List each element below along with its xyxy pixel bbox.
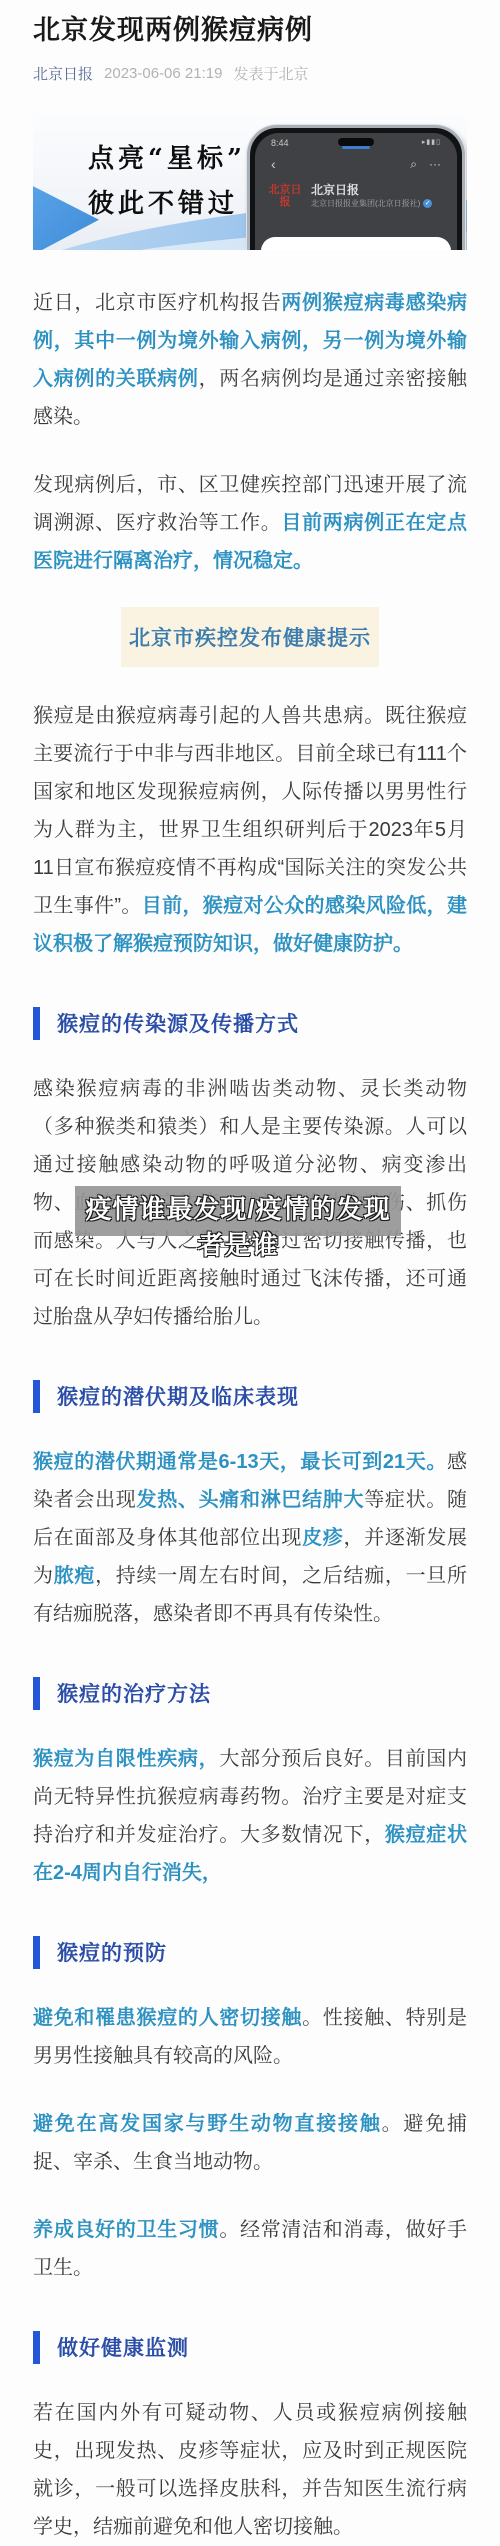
section-title: 做好健康监测 [57,2332,189,2362]
section-header-prevention: 猴痘的预防 [33,1936,467,1969]
section-title: 猴痘的预防 [57,1937,167,1967]
publish-location: 发表于北京 [233,63,308,84]
set-star-sheet: 设为星标 [261,237,451,250]
account-info: 北京日报 北京日报报业集团(北京日报社) ✓ [311,183,432,210]
publish-datetime: 2023-06-06 21:19 [104,65,222,82]
section-title: 猴痘的传染源及传播方式 [57,1008,299,1038]
banner-slogan: 点亮“星标” 彼此不错过 [88,137,246,227]
section-header-treatment: 猴痘的治疗方法 [33,1677,467,1710]
byline: 北京日报 2023-06-06 21:19 发表于北京 [33,63,467,84]
paragraph-incubation: 猴痘的潜伏期通常是6-13天，最长可到21天。感染者会出现发热、头痛和淋巴结肿大… [33,1443,467,1633]
paragraph-case-report: 近日，北京市医疗机构报告两例猴痘病毒感染病例，其中一例为境外输入病例，另一例为境… [33,284,467,436]
paragraph-monkeypox-overview: 猴痘是由猴痘病毒引起的人兽共患病。既往猴痘主要流行于中非与西非地区。目前全球已有… [33,697,467,963]
section-bar-icon [33,2331,40,2364]
section-title: 猴痘的潜伏期及临床表现 [57,1381,299,1411]
phone-notch [338,138,374,146]
verified-icon: ✓ [423,199,432,208]
section-bar-icon [33,1936,40,1969]
section-header-monitoring: 做好健康监测 [33,2331,467,2364]
section-title: 猴痘的治疗方法 [57,1678,211,1708]
phone-nav-bar: ‹ ⌕ ··· [255,148,457,171]
paragraph-transmission-wrap: 感染猴痘病毒的非洲啮齿类动物、灵长类动物（多种猴类和猿类）和人是主要传染源。人可… [33,1070,467,1336]
paragraph-prevention-hygiene: 养成良好的卫生习惯。经常清洁和消毒，做好手卫生。 [33,2211,467,2287]
account-name: 北京日报 [311,183,432,198]
beijing-daily-logo: 北京日报 [267,184,303,208]
account-subtitle: 北京日报报业集团(北京日报社) ✓ [311,198,432,210]
signal-battery-icons: ▸▮▮▯ [422,138,441,148]
section-bar-icon [33,1677,40,1710]
paragraph-treatment: 猴痘为自限性疾病，大部分预后良好。目前国内尚无特异性抗猴痘病毒药物。治疗主要是对… [33,1740,467,1892]
star-promo-banner[interactable]: 点亮“星标” 彼此不错过 8:44 ▸▮▮▯ ‹ ⌕ ··· [33,115,467,250]
more-icon[interactable]: ··· [429,157,441,171]
notch-blue-indicator [342,146,370,149]
account-row: 北京日报 北京日报 北京日报报业集团(北京日报社) ✓ [255,171,457,210]
status-time: 8:44 [271,138,289,148]
cdc-notice-text: 北京市疾控发布健康提示 [129,627,371,650]
cdc-notice-box: 北京市疾控发布健康提示 [121,607,379,667]
article-content: 北京发现两例猴痘病例 北京日报 2023-06-06 21:19 发表于北京 点… [0,0,500,2546]
paragraph-response: 发现病例后，市、区卫健疾控部门迅速开展了流调溯源、医疗救治等工作。目前两病例正在… [33,466,467,580]
account-subtitle-text: 北京日报报业集团(北京日报社) [311,198,420,210]
paragraph-monitoring: 若在国内外有可疑动物、人员或猴痘病例接触史，出现发热、皮疹等症状，应及时到正规医… [33,2394,467,2546]
article-title: 北京发现两例猴痘病例 [33,0,467,50]
section-header-transmission: 猴痘的传染源及传播方式 [33,1007,467,1040]
section-header-incubation: 猴痘的潜伏期及临床表现 [33,1380,467,1413]
phone-mockup: 8:44 ▸▮▮▯ ‹ ⌕ ··· 北京日报 [247,125,465,250]
section-bar-icon [33,1007,40,1040]
search-icon[interactable]: ⌕ [410,157,417,171]
source-account-link[interactable]: 北京日报 [33,63,93,84]
watermark-overlay: 疫情谁最发现/疫情的发现者是谁 [75,1186,401,1236]
banner-slogan-line1: 点亮“星标” [88,137,246,182]
section-bar-icon [33,1380,40,1413]
paragraph-prevention-wildlife: 避免在高发国家与野生动物直接接触。避免捕捉、宰杀、生食当地动物。 [33,2105,467,2181]
banner-slogan-line2: 彼此不错过 [88,182,246,227]
article-page: 北京发现两例猴痘病例 北京日报 2023-06-06 21:19 发表于北京 点… [0,0,500,2546]
paragraph-prevention-contact: 避免和罹患猴痘的人密切接触。性接触、特别是男男性接触具有较高的风险。 [33,1999,467,2075]
phone-screen: 8:44 ▸▮▮▯ ‹ ⌕ ··· 北京日报 [255,133,457,250]
back-icon[interactable]: ‹ [271,157,276,171]
nav-actions: ⌕ ··· [410,157,441,171]
